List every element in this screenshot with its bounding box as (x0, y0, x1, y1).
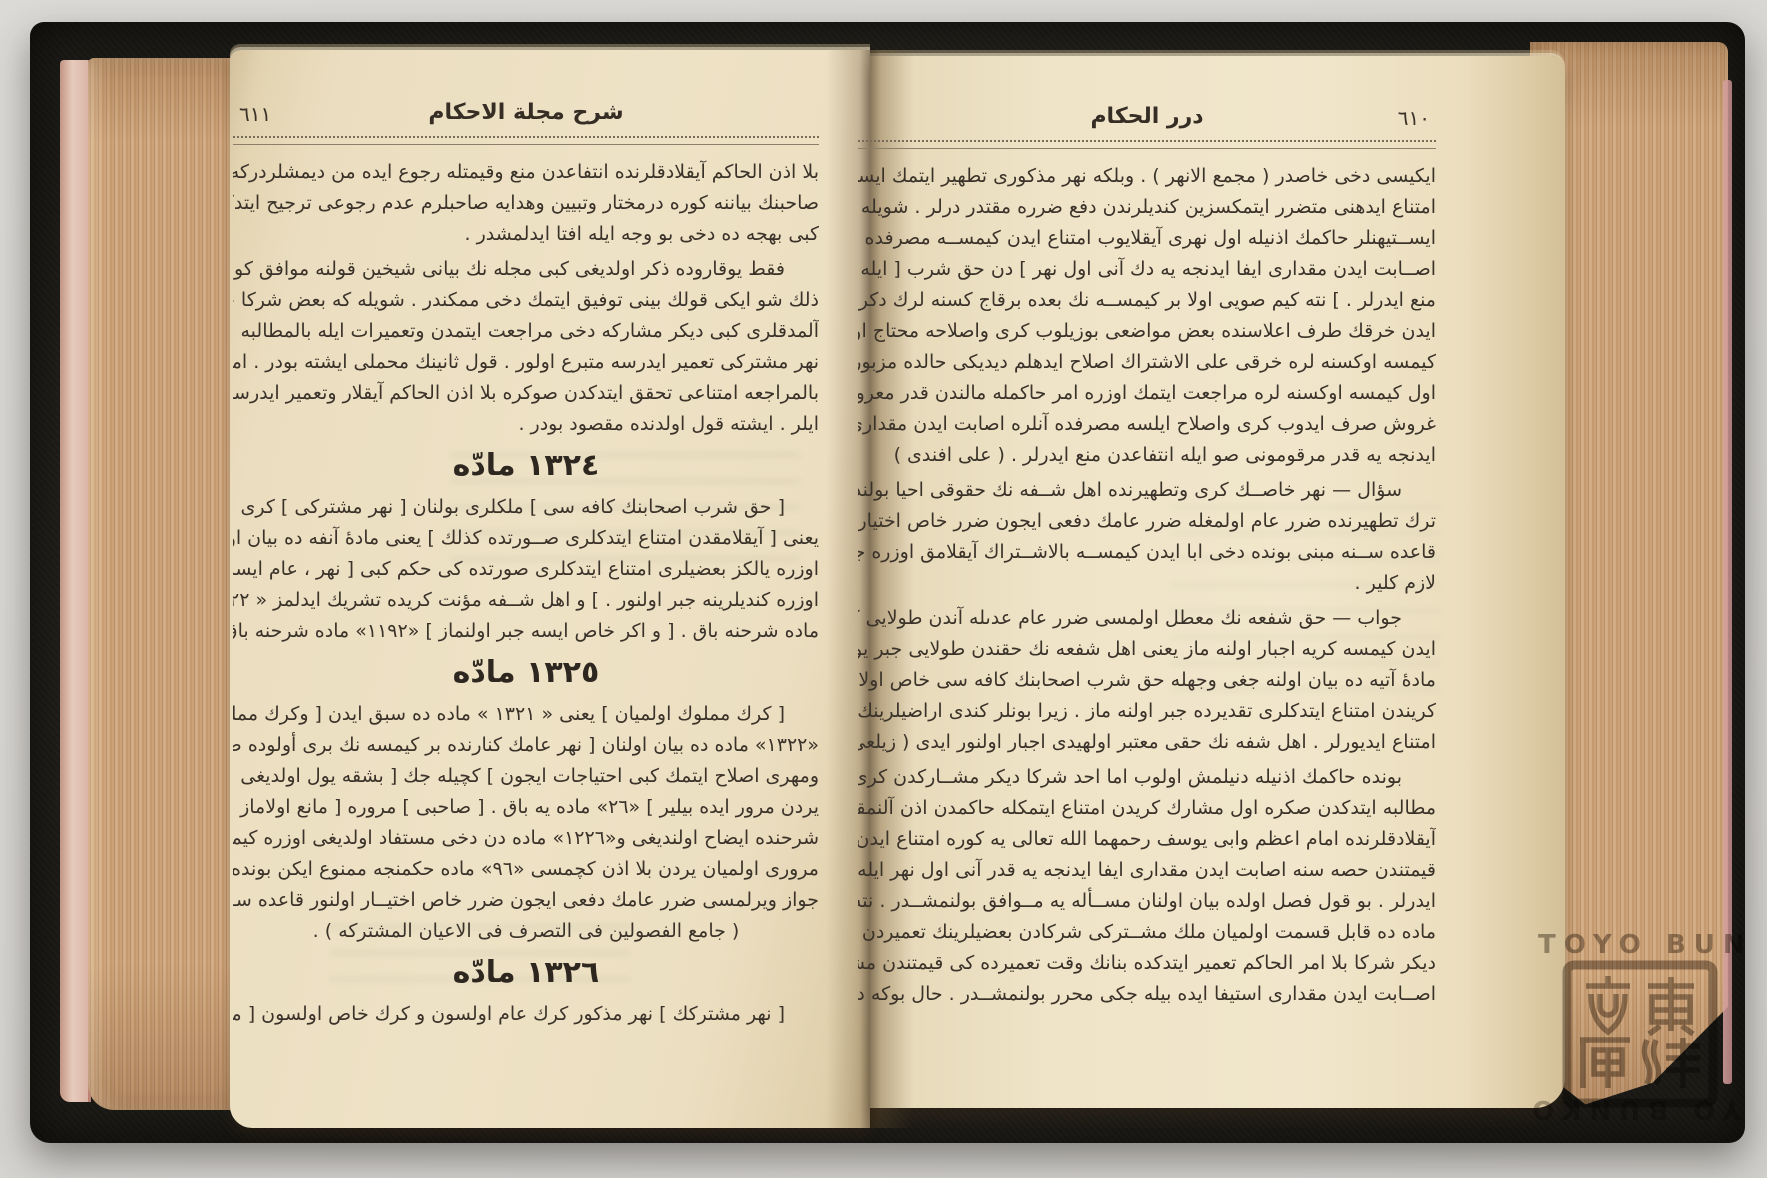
text-line: قاعده ســنه مبنى بونده دخى ابا ايدن كيمس… (858, 537, 1436, 568)
article-heading: ١٣٢٥ مادّه (233, 651, 819, 695)
endpaper-edge-left (60, 60, 91, 1102)
right-page-number: ٦١٠ (1398, 106, 1430, 130)
text-line: بلا اذن الحاكم آيقلادقلرنده انتفاعدن منع… (233, 157, 819, 188)
text-line: ايدن خرقك طرف اعلاسنده بعض مواضعى بوزيلو… (858, 316, 1436, 347)
text-line: ايكيسى دخى خاصدر ( مجمع الانهر ) . وبلكه… (858, 161, 1436, 192)
text-line: يردن مرور ايده بيلير ] «٢٦» ماده يه باق … (233, 792, 819, 823)
left-page-text: ٦١١ شرح مجلة الاحكام بلا اذن الحاكم آيقل… (233, 96, 819, 1112)
text-line: لازم كلير . (858, 568, 1436, 599)
text-line: جواب — حق شفعه نك معطل اولمسى ضرر عام عد… (858, 603, 1436, 634)
text-line: شرحنده ايضاح اولنديغى و«١٢٢٦» ماده دن دخ… (233, 823, 819, 854)
paragraph: فقط يوقاروده ذكر اولديغى كبى مجله نك بيا… (233, 254, 819, 440)
paragraph: بلا اذن الحاكم آيقلادقلرنده انتفاعدن منع… (233, 157, 819, 250)
paragraph: ايكيسى دخى خاصدر ( مجمع الانهر ) . وبلكه… (858, 161, 1436, 471)
text-line: سؤال — نهر خاصــك كرى وتطهيرنده اهل شــف… (858, 475, 1436, 506)
text-line: اوزره كنديلرينه جبر اولنور . ] و اهل شــ… (233, 585, 819, 616)
text-line: امتناع ايديورلر . اهل شفه نك حقى معتبر ا… (858, 727, 1436, 758)
text-line: مطالبه ايتدكدن صكره اول مشارك كريدن امتن… (858, 793, 1436, 824)
text-line: ماده شرحنه باق . [ و اكر خاص ايسه جبر او… (233, 616, 819, 647)
text-line: ومهرى اصلاح ايتمك كبى احتياجات ايجون ] ك… (233, 761, 819, 792)
text-line: امتناع ايدهنى متضرر ايتمكسزين كنديلرندن … (858, 192, 1436, 223)
text-line: اصــابت ايدن مقدارى استيفا ايده بيله جكى… (858, 979, 1436, 1010)
paragraph: [ حق شرب اصحابنك كافه سى ] ملكلرى بولنان… (233, 492, 819, 647)
text-line: آلمدقلرى كبى ديكر مشاركه دخى مراجعت ايتم… (233, 316, 819, 347)
text-line: ايســتيهنلر حاكمك اذنيله اول نهرى آيقلاي… (858, 223, 1436, 254)
text-line: بونده حاكمك اذنيله دنيلمش اولوب اما احد … (858, 762, 1436, 793)
left-page-body: بلا اذن الحاكم آيقلادقلرنده انتفاعدن منع… (233, 157, 819, 1030)
text-line: ايدنجه يه قدر مرقومونى صو ايله انتفاعدن … (858, 440, 1436, 471)
text-line: كريندن امتناع ايتدكلرى تقديرده جبر اولنه… (858, 696, 1436, 727)
text-line: ايدن كيمسه كريه اجبار اولنه ماز يعنى اهل… (858, 634, 1436, 665)
right-page-body: ايكيسى دخى خاصدر ( مجمع الانهر ) . وبلكه… (858, 161, 1436, 1010)
centered-citation-line: ( جامع الفصولين فى التصرف فى الاعيان الم… (233, 916, 819, 947)
text-line: ذلك شو ايكى قولك بينى توفيق ايتمك دخى مم… (233, 285, 819, 316)
text-line: «١٣٢٢» ماده ده بيان اولنان [ نهر عامك كن… (233, 730, 819, 761)
text-line: ايدرلر . بو قول فصل اولده بيان اولنان مس… (858, 886, 1436, 917)
text-line: فقط يوقاروده ذكر اولديغى كبى مجله نك بيا… (233, 254, 819, 285)
endpaper-edge-right (1723, 80, 1732, 1084)
text-line: [ حق شرب اصحابنك كافه سى ] ملكلرى بولنان… (233, 492, 819, 523)
article-heading: ١٣٢٦ مادّه (233, 951, 819, 995)
paragraph: بونده حاكمك اذنيله دنيلمش اولوب اما احد … (858, 762, 1436, 1010)
book: ٦١١ شرح مجلة الاحكام بلا اذن الحاكم آيقل… (30, 22, 1745, 1143)
text-line: اوزره يالكز بعضيلرى امتناع ايتدكلرى صورت… (233, 554, 819, 585)
text-line: كبى بهجه ده دخى بو وجه ايله افتا ايدلمشد… (233, 219, 819, 250)
text-line: [ كرك مملوك اولميان ] يعنى « ١٣٢١ » ماده… (233, 699, 819, 730)
text-line: منع ايدرلر . ] نته كيم صويى اولا بر كيمس… (858, 285, 1436, 316)
header-rule (858, 140, 1436, 149)
text-line: نهر مشتركى تعمير ايدرسه متبرع اولور . قو… (233, 347, 819, 378)
right-page-text: درر الحكام ٦١٠ ايكيسى دخى خاصدر ( مجمع ا… (858, 100, 1436, 1100)
paragraph: سؤال — نهر خاصــك كرى وتطهيرنده اهل شــف… (858, 475, 1436, 599)
watermark-library-name-mirrored: TOYO BUNKO (1526, 1094, 1745, 1124)
right-page-title: درر الحكام (858, 104, 1436, 129)
article-heading: ١٣٢٤ مادّه (233, 444, 819, 488)
text-line: ماده ده قابل قسمت اولميان ملك مشــتركى ش… (858, 917, 1436, 948)
text-line: آيقلادقلرنده امام اعظم وابى يوسف رحمهما … (858, 824, 1436, 855)
text-line: كيمسه اوكسنه لره خرقى على الاشتراك اصلاح… (858, 347, 1436, 378)
left-page-header: ٦١١ شرح مجلة الاحكام (233, 96, 819, 136)
text-line: [ نهر مشتركك ] نهر مذكور كرك عام اولسون … (233, 999, 819, 1030)
text-line: جواز ويرلمسى ضرر عامك دفعى ايجون ضرر خاص… (233, 885, 819, 916)
text-line: اول كيمسه اوكسنه لره مراجعت ايتمك اوزره … (858, 378, 1436, 409)
text-line: مرورى اولميان يردن بلا اذن كچمسى «٩٦» ما… (233, 854, 819, 885)
text-line: ديكر شركا بلا امر الحاكم تعمير ايتدكده ب… (858, 948, 1436, 979)
paragraph: [ كرك مملوك اولميان ] يعنى « ١٣٢١ » ماده… (233, 699, 819, 916)
paragraph: جواب — حق شفعه نك معطل اولمسى ضرر عام عد… (858, 603, 1436, 758)
paragraph: [ نهر مشتركك ] نهر مذكور كرك عام اولسون … (233, 999, 819, 1030)
text-line: غروش صرف ايدوب كرى واصلاح ايلسه مصرفده آ… (858, 409, 1436, 440)
text-line: ايلر . ايشته قول اولدنده مقصود بودر . (233, 409, 819, 440)
photo-of-open-book: { "left_page": { "number": "٦١١", "title… (0, 0, 1767, 1178)
text-line: يعنى [ آيقلامقدن امتناع ايتدكلرى صــورتد… (233, 523, 819, 554)
text-line: قيمتندن حصه سنه اصابت ايدن مقدارى ايفا ا… (858, 855, 1436, 886)
text-line: اصــابت ايدن مقدارى ايفا ايدنجه يه دك آن… (858, 254, 1436, 285)
text-line: بالمراجعه امتناعى تحقق ايتدكدن صوكره بلا… (233, 378, 819, 409)
right-page-header: درر الحكام ٦١٠ (858, 100, 1436, 140)
text-line: صاحبنك بياننه كوره درمختار وتبيين وهدايه… (233, 188, 819, 219)
header-rule (233, 136, 819, 145)
text-line: ترك تطهيرنده ضرر عام اولمغله ضرر عامك دف… (858, 506, 1436, 537)
text-line: مادهٔ آتيه ده بيان اولنه جغى وجهله حق شر… (858, 665, 1436, 696)
left-page-title: شرح مجلة الاحكام (233, 100, 819, 125)
